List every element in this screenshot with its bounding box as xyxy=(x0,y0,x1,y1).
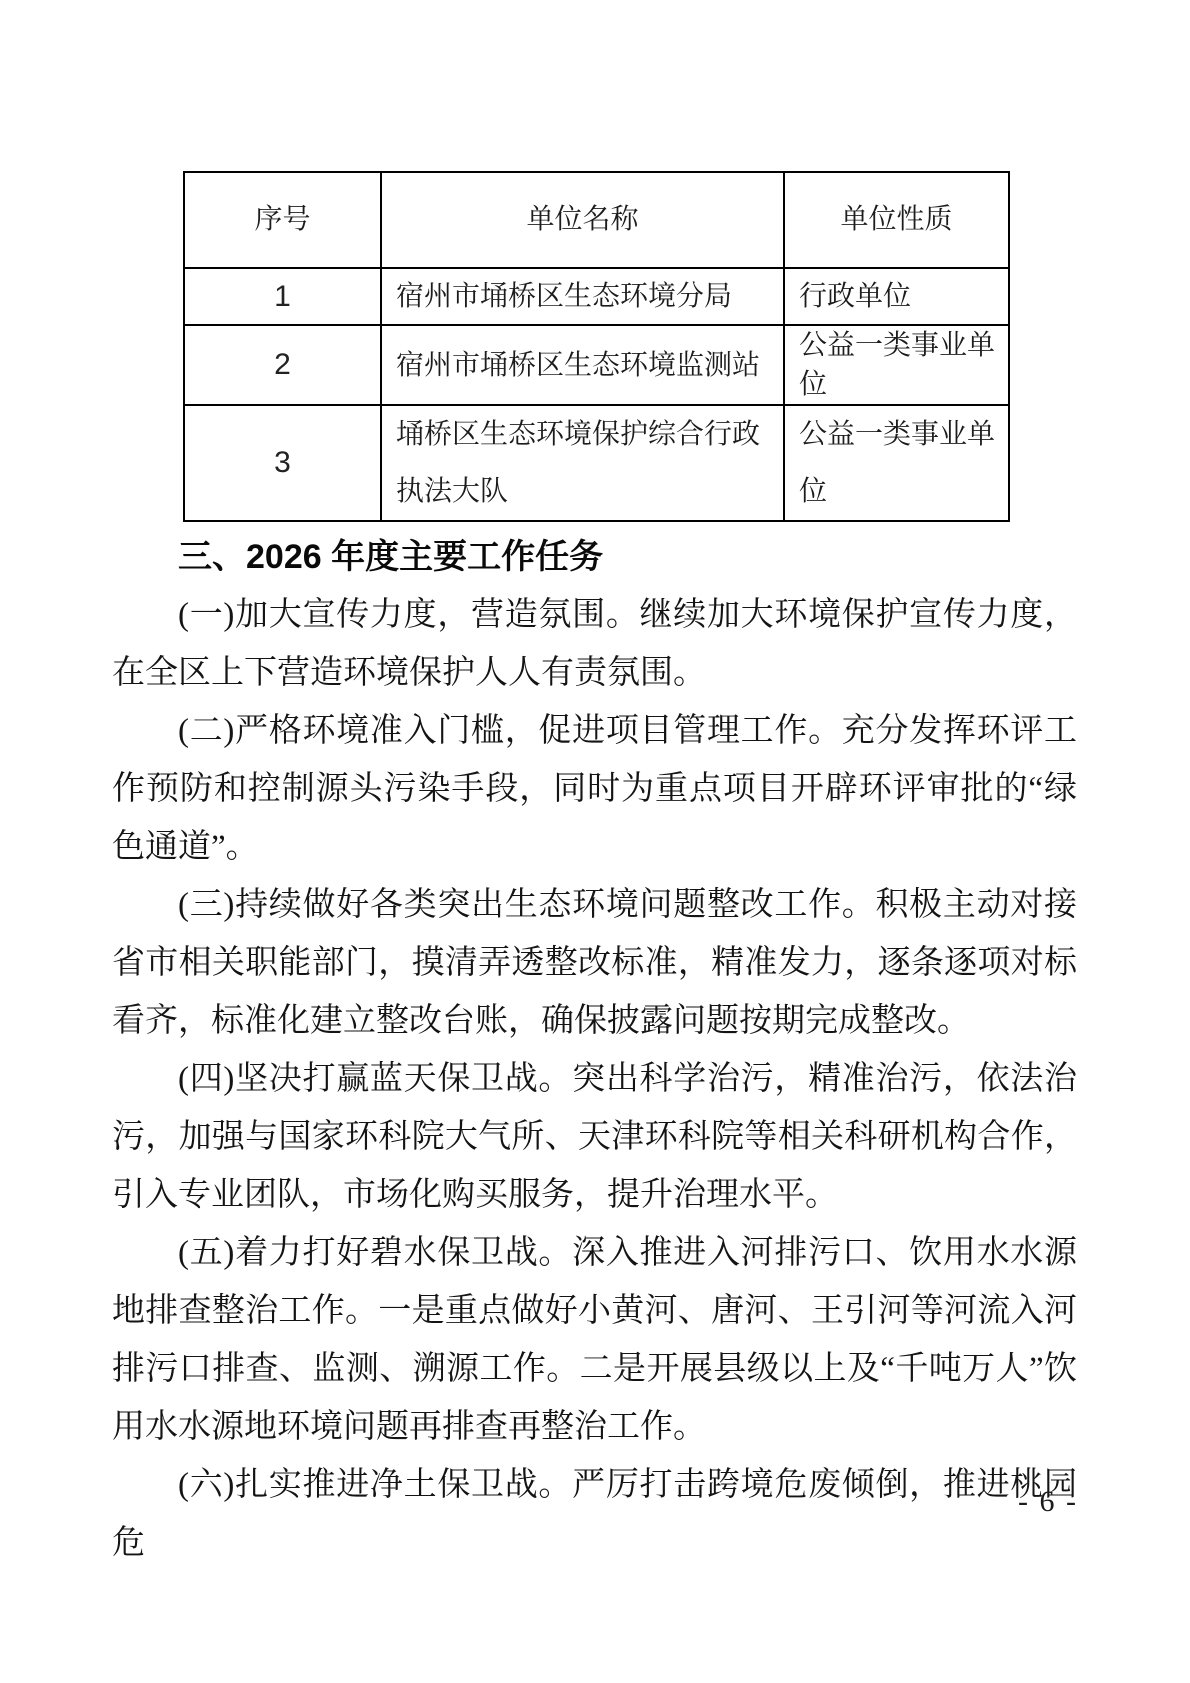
document-page: 序号 单位名称 单位性质 1 宿州市埇桥区生态环境分局 行政单位 2 宿州市埇桥… xyxy=(0,0,1190,1683)
paragraph-6: (六)扎实推进净土保卫战。严厉打击跨境危废倾倒，推进桃园危 xyxy=(112,1456,1077,1572)
column-header-name: 单位名称 xyxy=(381,172,784,268)
body-text: (一)加大宣传力度，营造氛围。继续加大环境保护宣传力度，在全区上下营造环境保护人… xyxy=(112,586,1077,1572)
row-no: 2 xyxy=(184,325,381,405)
paragraph-3: (三)持续做好各类突出生态环境问题整改工作。积极主动对接省市相关职能部门，摸清弄… xyxy=(112,876,1077,1050)
paragraph-2: (二)严格环境准入门槛，促进项目管理工作。充分发挥环评工作预防和控制源头污染手段… xyxy=(112,702,1077,876)
row-name: 宿州市埇桥区生态环境分局 xyxy=(381,268,784,325)
row-nature: 行政单位 xyxy=(784,268,1009,325)
paragraph-5: (五)着力打好碧水保卫战。深入推进入河排污口、饮用水水源地排查整治工作。一是重点… xyxy=(112,1224,1077,1456)
row-nature: 公益一类事业单位 xyxy=(784,405,1009,521)
table-row: 1 宿州市埇桥区生态环境分局 行政单位 xyxy=(184,268,1009,325)
column-header-no: 序号 xyxy=(184,172,381,268)
row-no: 3 xyxy=(184,405,381,521)
page-content: 序号 单位名称 单位性质 1 宿州市埇桥区生态环境分局 行政单位 2 宿州市埇桥… xyxy=(112,171,1077,1572)
row-no: 1 xyxy=(184,268,381,325)
unit-table: 序号 单位名称 单位性质 1 宿州市埇桥区生态环境分局 行政单位 2 宿州市埇桥… xyxy=(183,171,1010,522)
column-header-nature: 单位性质 xyxy=(784,172,1009,268)
row-name: 埇桥区生态环境保护综合行政执法大队 xyxy=(381,405,784,521)
row-name: 宿州市埇桥区生态环境监测站 xyxy=(381,325,784,405)
section-heading: 三、2026 年度主要工作任务 xyxy=(112,528,1077,586)
paragraph-1: (一)加大宣传力度，营造氛围。继续加大环境保护宣传力度，在全区上下营造环境保护人… xyxy=(112,586,1077,702)
page-number: - 6 - xyxy=(1018,1487,1078,1517)
table-header-row: 序号 单位名称 单位性质 xyxy=(184,172,1009,268)
table-row: 3 埇桥区生态环境保护综合行政执法大队 公益一类事业单位 xyxy=(184,405,1009,521)
paragraph-4: (四)坚决打赢蓝天保卫战。突出科学治污，精准治污，依法治污，加强与国家环科院大气… xyxy=(112,1050,1077,1224)
table-row: 2 宿州市埇桥区生态环境监测站 公益一类事业单位 xyxy=(184,325,1009,405)
row-nature: 公益一类事业单位 xyxy=(784,325,1009,405)
